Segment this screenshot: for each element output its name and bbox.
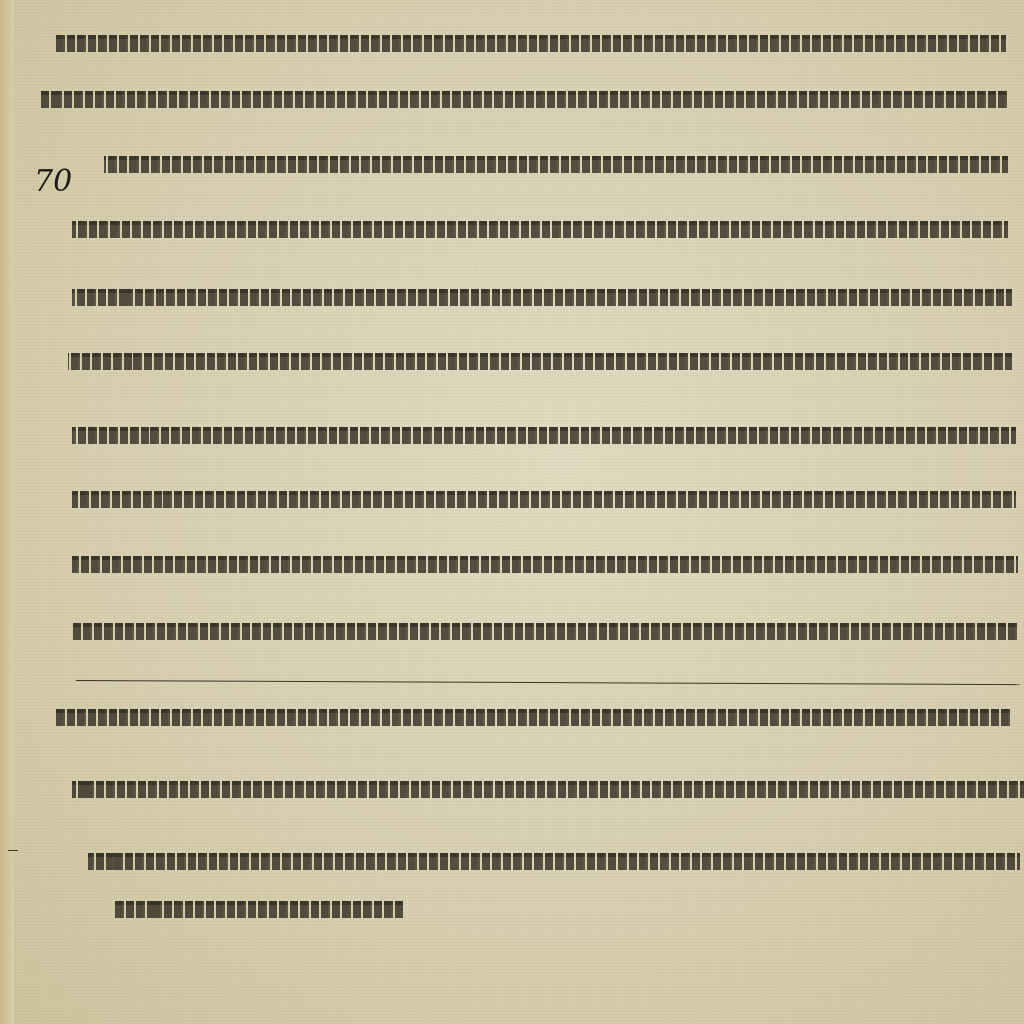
manuscript-text-line xyxy=(72,489,1016,511)
ink-glyph-run xyxy=(68,351,1012,373)
page-spine-edge xyxy=(0,0,14,1024)
section-divider-rule xyxy=(76,680,1020,685)
ink-glyph-run xyxy=(72,287,1012,309)
manuscript-text-line xyxy=(56,707,1012,729)
manuscript-text-line xyxy=(104,154,1008,176)
ink-glyph-run xyxy=(72,621,1018,643)
ink-glyph-run xyxy=(114,899,404,921)
ink-glyph-run xyxy=(104,154,1008,176)
manuscript-text-line xyxy=(72,779,1024,801)
ink-glyph-run xyxy=(72,554,1018,576)
ink-glyph-run xyxy=(56,707,1012,729)
ink-glyph-run xyxy=(72,779,1024,801)
manuscript-text-line xyxy=(72,621,1018,643)
manuscript-text-line xyxy=(68,351,1012,373)
manuscript-text-line xyxy=(72,219,1008,241)
ink-glyph-run xyxy=(72,489,1016,511)
manuscript-text-line xyxy=(72,425,1016,447)
manuscript-text-line xyxy=(114,899,404,921)
ink-glyph-run xyxy=(56,33,1006,55)
manuscript-text-line xyxy=(72,554,1018,576)
manuscript-text-line xyxy=(56,33,1006,55)
ink-glyph-run xyxy=(72,425,1016,447)
manuscript-text-line xyxy=(88,851,1020,873)
manuscript-page: 70 xyxy=(0,0,1024,1024)
ink-glyph-run xyxy=(88,851,1020,873)
ink-glyph-run xyxy=(72,219,1008,241)
margin-numeral: 70 xyxy=(34,164,72,199)
margin-tick-mark xyxy=(8,850,18,851)
manuscript-text-line xyxy=(40,89,1008,111)
manuscript-text-line xyxy=(72,287,1012,309)
ink-glyph-run xyxy=(40,89,1008,111)
